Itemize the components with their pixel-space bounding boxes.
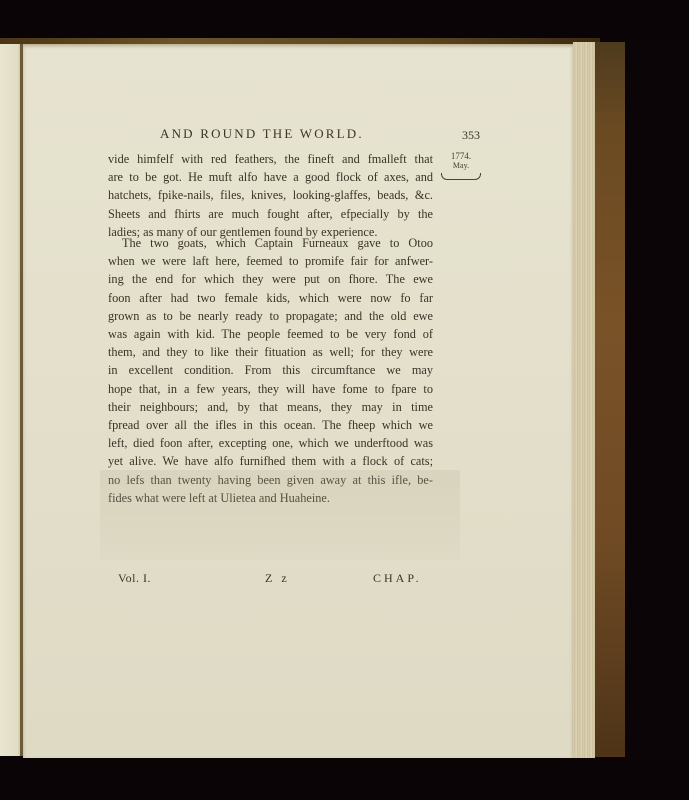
background-bottom <box>0 758 689 800</box>
background-top <box>0 0 689 42</box>
text-line: when we were laft here, feemed to promif… <box>108 252 433 270</box>
text-line: them, and they to like their fituation a… <box>108 343 433 361</box>
text-line: in excellent condition. From this circum… <box>108 361 433 379</box>
text-line: foon after had two female kids, which we… <box>108 289 433 307</box>
page-number: 353 <box>462 128 480 143</box>
book-scan: AND ROUND THE WORLD. 353 1774. May. vide… <box>0 0 689 800</box>
text-line: fpread over all the ifles in this ocean.… <box>108 416 433 434</box>
text-line: grown as to be nearly ready to propagate… <box>108 307 433 325</box>
signature-mark: Z z <box>265 571 290 586</box>
text-line: was again with kid. The people feemed to… <box>108 325 433 343</box>
running-head: AND ROUND THE WORLD. <box>160 126 390 142</box>
text-line: hatchets, fpike-nails, files, knives, lo… <box>108 186 433 204</box>
text-line: The two goats, which Captain Furneaux ga… <box>108 234 433 252</box>
margin-note-year: 1774. <box>440 152 482 161</box>
margin-note-month: May. <box>440 161 482 170</box>
text-line: left, died foon after, excepting one, wh… <box>108 434 433 452</box>
left-page-edge <box>0 44 22 756</box>
text-line: hope that, in a few years, they will hav… <box>108 380 433 398</box>
leather-cover <box>595 42 625 757</box>
catchword: CHAP. <box>373 571 422 586</box>
brace-ornament <box>441 173 481 180</box>
paragraph-1: vide himfelf with red feathers, the fine… <box>108 150 433 241</box>
text-line: ing the end for which they were put on f… <box>108 270 433 288</box>
show-through-shadow <box>100 470 460 560</box>
text-line: yet alive. We have alfo furnifhed them w… <box>108 452 433 470</box>
page-stack-edge <box>573 42 595 758</box>
paragraph-2: The two goats, which Captain Furneaux ga… <box>108 234 433 507</box>
text-line: their neighbours; and, by that means, th… <box>108 398 433 416</box>
text-line: are to be got. He muft alfo have a good … <box>108 168 433 186</box>
text-line: vide himfelf with red feathers, the fine… <box>108 150 433 168</box>
volume-label: Vol. I. <box>118 571 151 586</box>
text-line: Sheets and fhirts are much fought after,… <box>108 205 433 223</box>
margin-note: 1774. May. <box>440 152 482 180</box>
